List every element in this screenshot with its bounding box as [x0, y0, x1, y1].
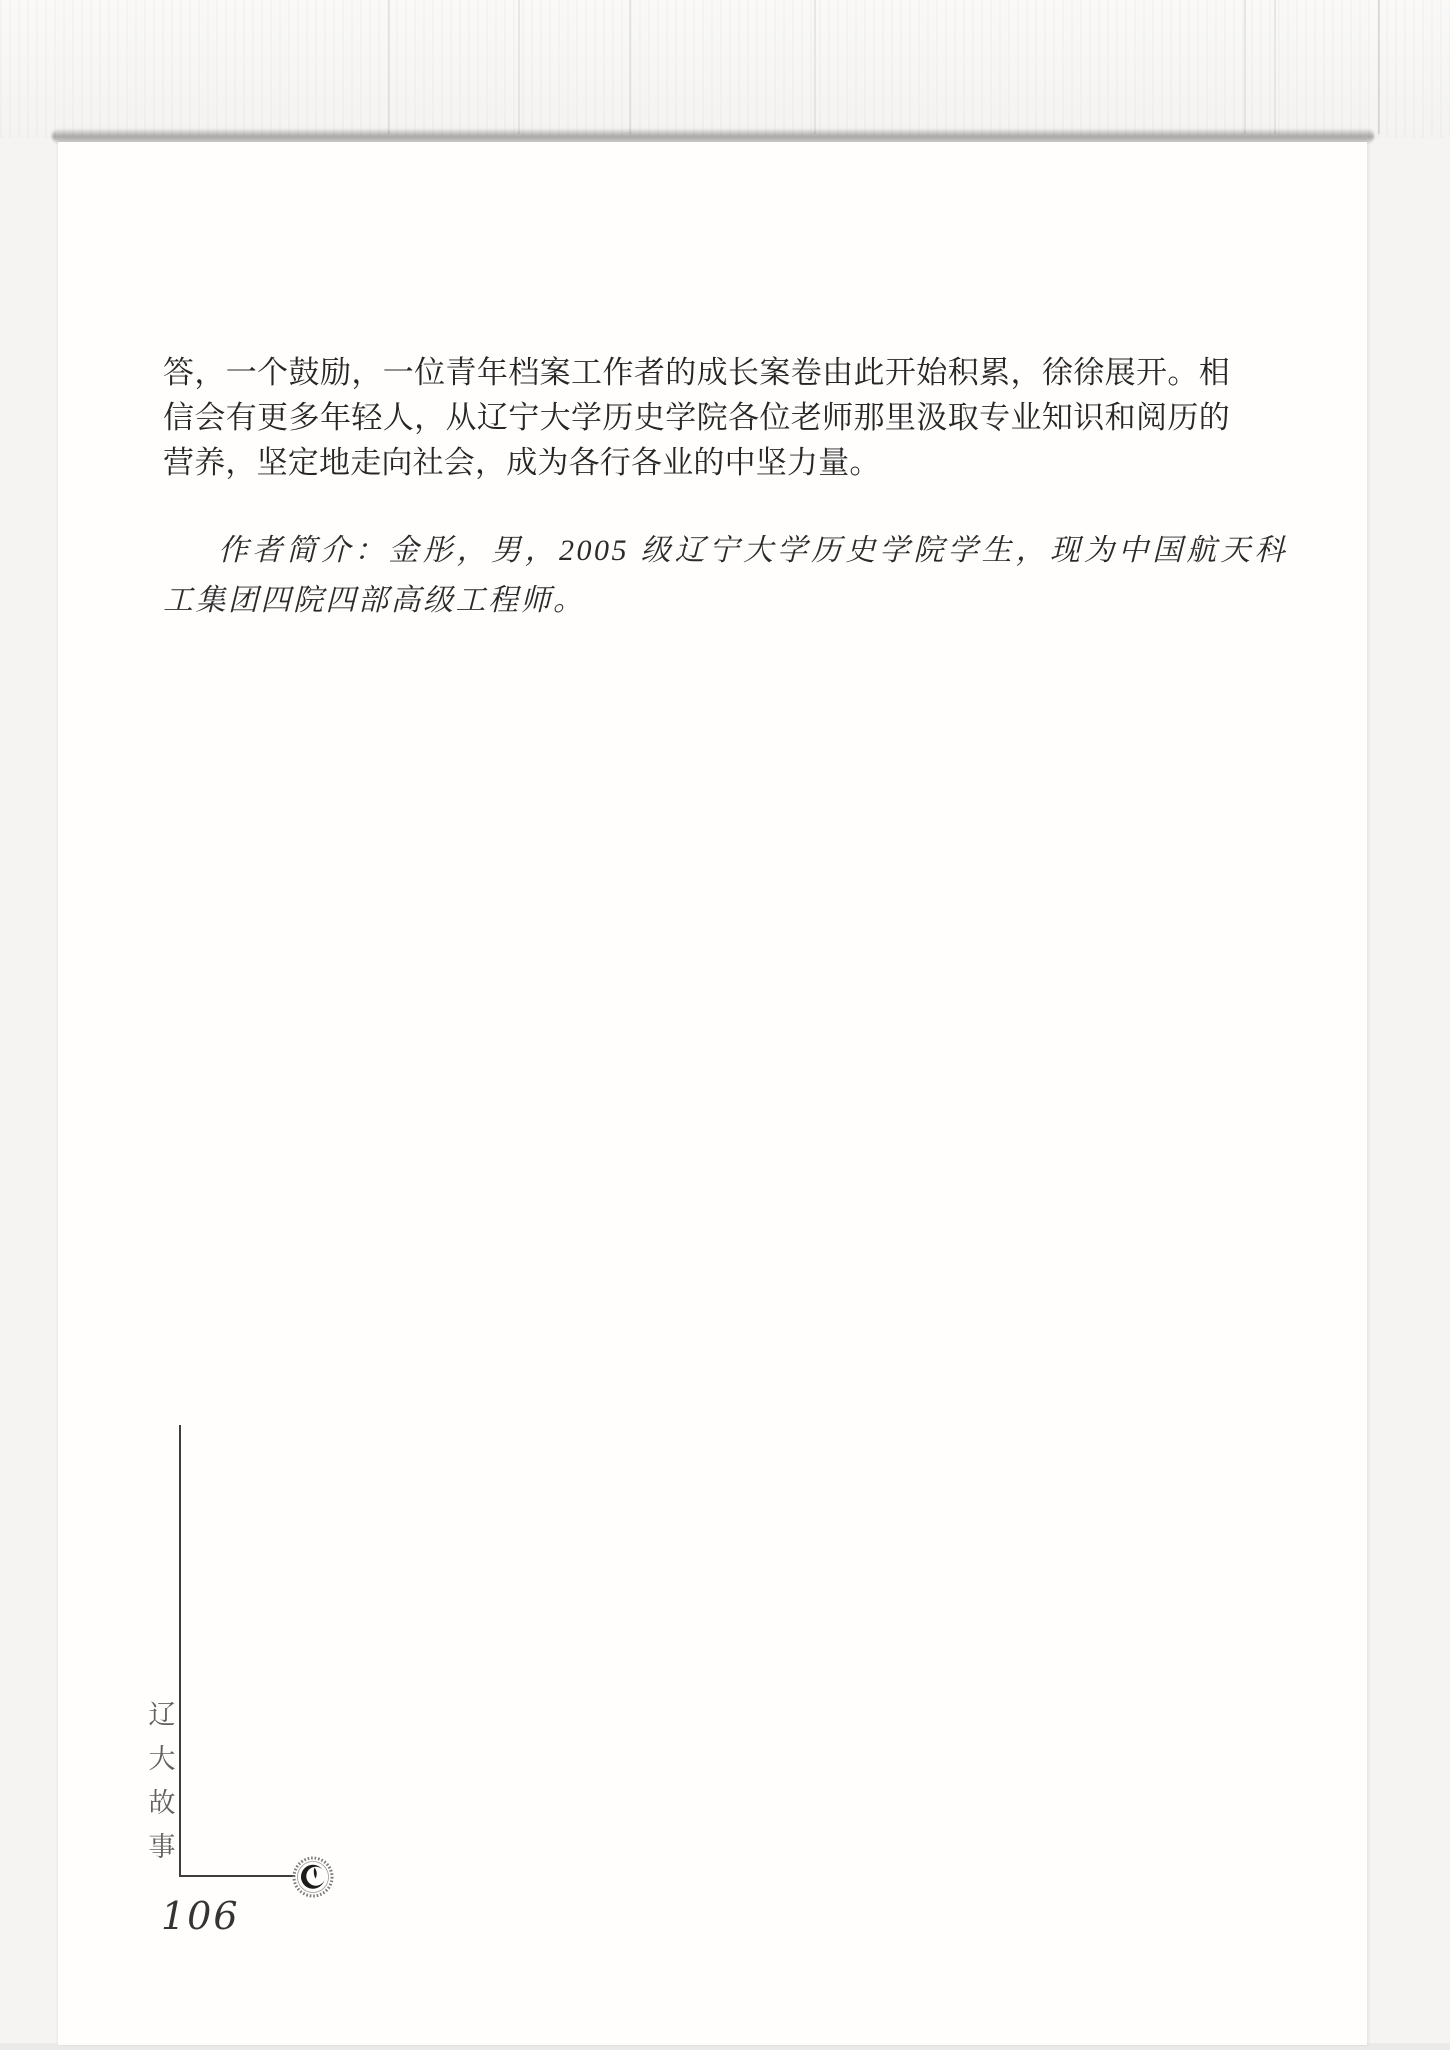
- scan-streak: [1378, 0, 1380, 134]
- publisher-seal-icon: [292, 1856, 334, 1898]
- page-top-shadow: [52, 129, 1374, 143]
- sidebar-title-char: 大: [147, 1746, 177, 1773]
- scan-streak: [388, 0, 390, 134]
- paragraph-line: 答，一个鼓励，一位青年档案工作者的成长案卷由此开始积累，徐徐展开。相: [163, 350, 1230, 395]
- bio-line: 作者简介：金彤，男，2005 级辽宁大学历史学院学生，现为中国航天科: [163, 526, 1287, 576]
- sidebar-horizontal-rule: [179, 1875, 295, 1877]
- scan-streak: [814, 0, 816, 134]
- sidebar-title-char: 故: [147, 1790, 177, 1817]
- scan-streak: [629, 0, 631, 134]
- left-scan-margin: [0, 138, 58, 2050]
- book-page: 答，一个鼓励，一位青年档案工作者的成长案卷由此开始积累，徐徐展开。相 信会有更多…: [58, 142, 1367, 2045]
- page-number: 106: [161, 1894, 240, 1938]
- author-bio: 作者简介：金彤，男，2005 级辽宁大学历史学院学生，现为中国航天科 工集团四院…: [163, 526, 1287, 626]
- scanner-backdrop: [0, 0, 1450, 138]
- sidebar-series-title: 辽 大 故 事: [147, 1702, 177, 1878]
- sidebar-vertical-rule: [179, 1425, 181, 1877]
- sidebar-title-char: 事: [147, 1834, 177, 1861]
- scan-streak: [518, 0, 520, 134]
- paragraph-line: 信会有更多年轻人，从辽宁大学历史学院各位老师那里汲取专业知识和阅历的: [163, 395, 1230, 440]
- scan-streak: [1274, 0, 1276, 134]
- body-paragraph: 答，一个鼓励，一位青年档案工作者的成长案卷由此开始积累，徐徐展开。相 信会有更多…: [163, 350, 1230, 485]
- bio-line: 工集团四院四部高级工程师。: [163, 576, 1287, 626]
- scan-streak: [1244, 0, 1246, 134]
- right-scan-margin: [1367, 138, 1450, 2050]
- sidebar-title-char: 辽: [147, 1702, 177, 1729]
- paragraph-line: 营养，坚定地走向社会，成为各行各业的中坚力量。: [163, 440, 1230, 485]
